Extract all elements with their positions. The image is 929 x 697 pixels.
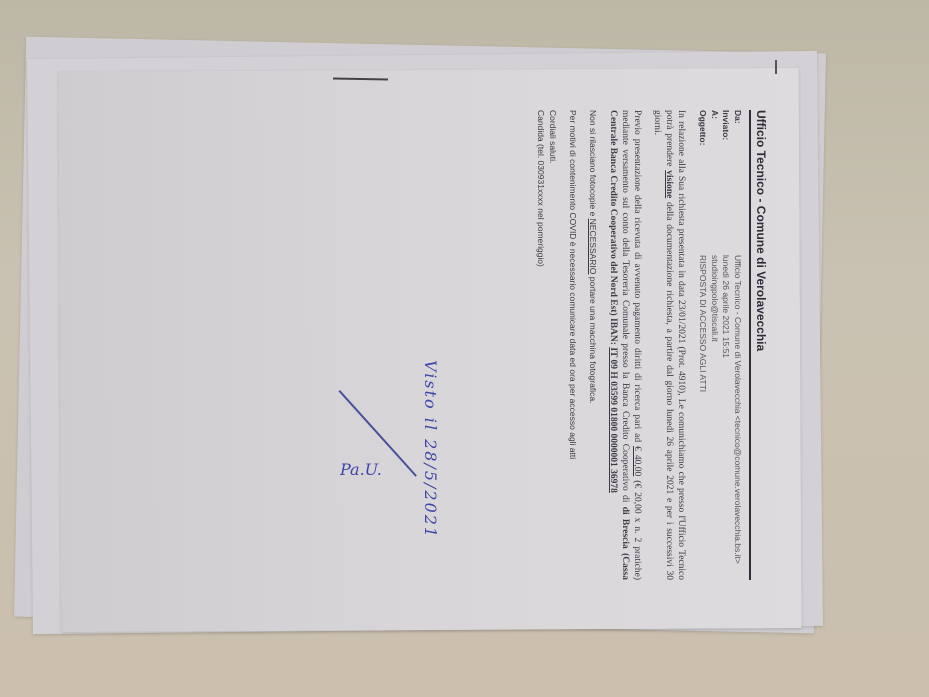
header-label: Inviato: xyxy=(720,110,732,255)
paragraph-payment: Previo presentazione della ricevuta di a… xyxy=(607,110,643,580)
header-label: Oggetto: xyxy=(697,110,709,255)
header-row-from: Da: Ufficio Tecnico - Comune di Verolave… xyxy=(732,110,744,580)
text: Previo presentazione della ricevuta di a… xyxy=(632,110,642,446)
header-value: Ufficio Tecnico - Comune di Verolavecchi… xyxy=(732,255,744,580)
header-value: lunedì 26 aprile 2021 15:51 xyxy=(720,255,732,580)
underlined-text: NECESSARIO xyxy=(588,219,598,275)
closing: Cordiali saluti. xyxy=(547,110,559,580)
header-label: A: xyxy=(709,110,721,255)
header-value: RISPOSTA DI ACCESSO AGLI ATTI xyxy=(697,255,709,580)
header-value: studioingpolo@tiscali.it xyxy=(709,255,721,580)
email-body: In relazione alla Sua richiesta presenta… xyxy=(607,110,687,580)
header-row-subject: Oggetto: RISPOSTA DI ACCESSO AGLI ATTI xyxy=(697,110,709,580)
amount: € 40,00 xyxy=(632,446,642,476)
notice-covid: Per motivi di contenimento COVID è neces… xyxy=(567,110,579,580)
document-title: Ufficio Tecnico - Comune di Verolavecchi… xyxy=(749,110,768,580)
email-header: Da: Ufficio Tecnico - Comune di Verolave… xyxy=(697,110,743,580)
text: Non si rilasciano fotocopie e xyxy=(588,110,598,219)
handwritten-signature: Pa.U. xyxy=(340,460,382,479)
iban: IT 09 H 03599 01800 0000001 36978 xyxy=(608,347,618,493)
underlined-text: visione xyxy=(664,170,674,198)
text: portare una macchina fotografica. xyxy=(588,274,598,403)
header-row-sent: Inviato: lunedì 26 aprile 2021 15:51 xyxy=(720,110,732,580)
notices: Non si rilasciano fotocopie e NECESSARIO… xyxy=(535,110,599,580)
notice-photocopies: Non si rilasciano fotocopie e NECESSARIO… xyxy=(587,110,599,580)
header-label: Da: xyxy=(732,110,744,255)
corner-mark xyxy=(775,60,777,74)
contact: Candida (tel. 030931xxxx nel pomeriggio) xyxy=(535,110,547,580)
printed-email-page: Ufficio Tecnico - Comune di Verolavecchi… xyxy=(68,110,768,580)
header-row-to: A: studioingpolo@tiscali.it xyxy=(709,110,721,580)
handwritten-note: Visto il 28/5/2021 xyxy=(421,360,440,539)
paragraph-request: In relazione alla Sua richiesta presenta… xyxy=(651,110,687,580)
